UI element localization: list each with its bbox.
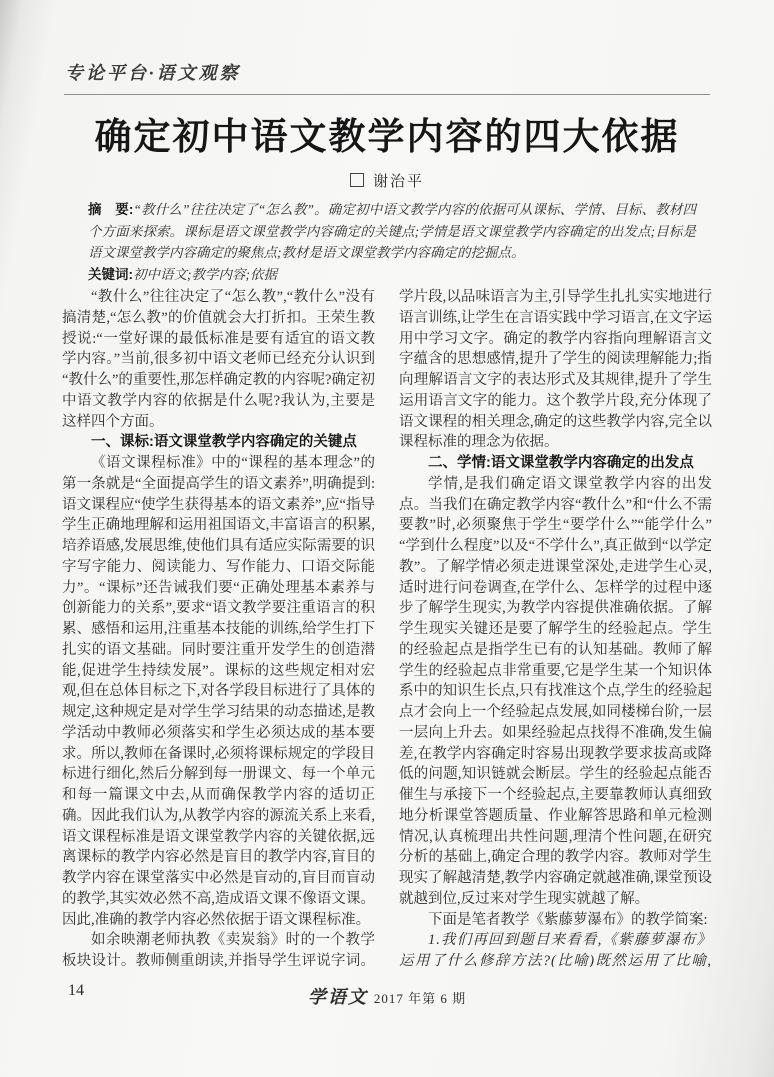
keywords-label: 关键词:: [88, 267, 133, 282]
page-footer: 14 学语文2017 年第 6 期: [62, 982, 712, 1006]
body-paragraph: “教什么”往往决定了“怎么教”,“教什么”没有搞清楚,“怎么教”的价值就会大打折…: [62, 287, 375, 432]
article-title: 确定初中语文教学内容的四大依据: [0, 106, 774, 160]
left-column: “教什么”往往决定了“怎么教”,“教什么”没有搞清楚,“怎么教”的价值就会大打折…: [62, 287, 375, 967]
header-divider: [64, 94, 710, 95]
abstract-label: 摘 要:: [88, 202, 133, 217]
journal-imprint: 学语文2017 年第 6 期: [62, 983, 712, 1009]
body-paragraph: 下面是笔者教学《紫藤萝瀑布》的教学简案:: [399, 910, 712, 931]
section-heading: 二、学情:语文课堂教学内容确定的出发点: [399, 453, 712, 474]
author-square-marker: [350, 173, 364, 187]
section-heading: 一、课标:语文课堂教学内容确定的关键点: [62, 432, 375, 453]
keywords-line: 关键词:初中语文;教学内容;依据: [88, 264, 696, 286]
scanned-journal-page: 专论平台·语文观察 确定初中语文教学内容的四大依据 谢治平 摘 要:“教什么”往…: [0, 0, 774, 1077]
body-paragraph: 学片段,以品味语言为主,引导学生扎扎实实地进行语言训练,让学生在言语实践中学习语…: [399, 287, 712, 453]
right-column: 学片段,以品味语言为主,引导学生扎扎实实地进行语言训练,让学生在言语实践中学习语…: [399, 287, 712, 967]
body-paragraph: 如余映潮老师执教《卖炭翁》时的一个教学板块设计。教师侧重朗读,并指导学生评说字词…: [62, 930, 375, 967]
journal-issue: 2017 年第 6 期: [374, 991, 466, 1006]
abstract-text: “教什么”往往决定了“怎么教”。确定初中语文教学内容的依据可从课标、学情、目标、…: [88, 202, 696, 260]
body-columns: “教什么”往往决定了“怎么教”,“教什么”没有搞清楚,“怎么教”的价值就会大打折…: [62, 287, 712, 967]
journal-name: 学语文: [308, 987, 368, 1007]
journal-column-label: 专论平台·语文观察: [65, 59, 241, 85]
body-paragraph: 《语文课程标准》中的“课程的基本理念”的第一条就是“全面提高学生的语文素养”,明…: [62, 453, 375, 930]
author-name: 谢治平: [373, 173, 424, 190]
byline: 谢治平: [0, 170, 774, 191]
body-paragraph: 1.我们再回到题目来看看,《紫藤萝瀑布》运用了什么修辞方法?(比喻)既然运用了比…: [399, 930, 712, 967]
abstract-block: 摘 要:“教什么”往往决定了“怎么教”。确定初中语文教学内容的依据可从课标、学情…: [88, 199, 696, 285]
abstract-paragraph: 摘 要:“教什么”往往决定了“怎么教”。确定初中语文教学内容的依据可从课标、学情…: [88, 199, 696, 264]
keywords-text: 初中语文;教学内容;依据: [133, 267, 277, 282]
body-paragraph: 学情,是我们确定语文课堂教学内容的出发点。当我们在确定教学内容“教什么”和“什么…: [399, 474, 712, 910]
